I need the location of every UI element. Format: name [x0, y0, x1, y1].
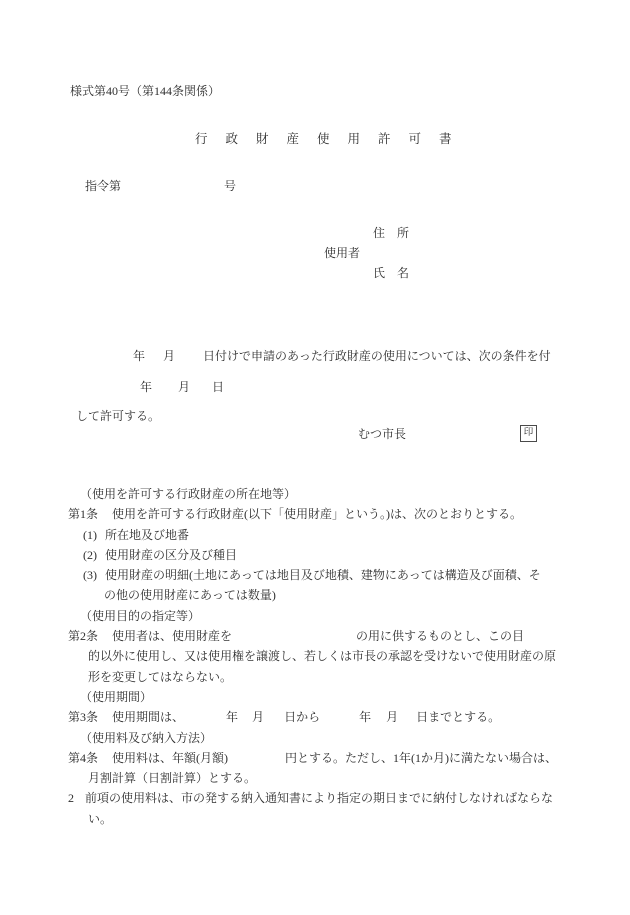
text-segment: 月 — [252, 710, 264, 724]
text-segment: 日までとする。 — [416, 710, 500, 724]
text-segment: 日 — [212, 380, 224, 394]
document-line: （使用を許可する行政財産の所在地等） — [0, 484, 630, 504]
document-line: (1)所在地及び地番 — [0, 525, 630, 545]
blank-space — [98, 639, 112, 640]
applicant-label: 使用者 — [324, 246, 360, 260]
text-segment: （使用目的の指定等） — [80, 609, 200, 623]
document-line: 第4条使用料は、年額(月額)円とする。ただし、1年(1か月)に満たない場合は、 — [0, 748, 630, 768]
text-segment: 第1条 — [68, 507, 98, 521]
text-segment: 年 — [359, 710, 371, 724]
text-segment: の他の使用財産にあっては数量) — [104, 588, 276, 602]
text-segment: 前項の使用料は、市の発する納入通知書により指定の期日までに納付しなければならな — [85, 791, 553, 805]
text-segment: 月割計算（日割計算）とする。 — [88, 771, 256, 785]
blank-space — [238, 720, 252, 721]
blank-space — [232, 639, 356, 640]
document-title: 行政財産使用許可書 — [195, 132, 470, 147]
text-segment: 号 — [224, 179, 236, 193]
text-segment: （使用料及び納入方法） — [80, 731, 212, 745]
document-line: 形を変更してはならない。 — [0, 667, 630, 687]
text-segment: 使用財産の区分及び種目 — [105, 548, 237, 562]
text-segment: い。 — [88, 812, 112, 826]
blank-space — [97, 538, 105, 539]
text-segment: 使用期間は、 — [112, 710, 184, 724]
blank-space — [145, 359, 163, 360]
address-label: 住 所 — [373, 226, 409, 240]
text-segment: (1) — [83, 528, 97, 542]
text-segment: 月 — [178, 380, 190, 394]
intro-line-2: して許可する。 — [0, 406, 630, 426]
document-line: の他の使用財産にあっては数量) — [0, 585, 630, 605]
text-segment: (3) — [83, 568, 97, 582]
issue-date-line: 年月日 — [140, 380, 224, 394]
text-segment: 年 — [226, 710, 238, 724]
text-segment: 的以外に使用し、又は使用権を譲渡し、若しくは市長の承認を受けないで使用財産の原 — [88, 649, 556, 663]
text-segment: 年 — [140, 380, 152, 394]
text-segment: 第4条 — [68, 751, 98, 765]
document-line: 第1条使用を許可する行政財産(以下「使用財産」という。)は、次のとおりとする。 — [0, 504, 630, 524]
text-segment: 使用を許可する行政財産(以下「使用財産」という。)は、次のとおりとする。 — [112, 507, 522, 521]
text-segment: 第2条 — [68, 629, 98, 643]
blank-space — [121, 189, 224, 190]
blank-space — [371, 720, 386, 721]
blank-space — [228, 761, 285, 762]
blank-space — [74, 801, 85, 802]
text-segment: 第3条 — [68, 710, 98, 724]
document-line: （使用目的の指定等） — [0, 606, 630, 626]
seal-mark: 印 — [520, 425, 537, 442]
document-line: (2)使用財産の区分及び種目 — [0, 545, 630, 565]
blank-space — [320, 720, 359, 721]
blank-space — [175, 359, 203, 360]
mayor-signature: むつ市長 — [358, 427, 406, 441]
text-segment: (2) — [83, 548, 97, 562]
text-segment: 使用者は、使用財産を — [112, 629, 232, 643]
blank-space — [184, 720, 226, 721]
blank-space — [98, 517, 112, 518]
blank-space — [264, 720, 284, 721]
directive-number-line: 指令第号 — [85, 179, 236, 193]
document-line: 第3条使用期間は、年月日から年月日までとする。 — [0, 707, 630, 727]
document-line: （使用期間） — [0, 687, 630, 707]
text-segment: 所在地及び地番 — [105, 528, 189, 542]
document-line: 2前項の使用料は、市の発する納入通知書により指定の期日までに納付しなければならな — [0, 788, 630, 808]
articles: （使用を許可する行政財産の所在地等）第1条使用を許可する行政財産(以下「使用財産… — [0, 484, 630, 829]
document-line: （使用料及び納入方法） — [0, 728, 630, 748]
text-segment: 形を変更してはならない。 — [88, 670, 232, 684]
text-segment: 2 — [68, 791, 74, 805]
text-segment: 指令第 — [85, 179, 121, 193]
text-segment: 月 — [163, 349, 175, 363]
document-line: 的以外に使用し、又は使用権を譲渡し、若しくは市長の承認を受けないで使用財産の原 — [0, 646, 630, 666]
document-line: 第2条使用者は、使用財産をの用に供するものとし、この目 — [0, 626, 630, 646]
text-segment: （使用期間） — [80, 690, 152, 704]
text-segment: （使用を許可する行政財産の所在地等） — [80, 487, 296, 501]
blank-space — [98, 761, 112, 762]
text-segment: 日付けで申請のあった行政財産の使用については、次の条件を付 — [203, 349, 551, 363]
blank-space — [398, 720, 416, 721]
text-segment: の用に供するものとし、この目 — [356, 629, 524, 643]
text-segment: 円とする。ただし、1年(1か月)に満たない場合は、 — [285, 751, 557, 765]
document-line: (3)使用財産の明細(土地にあっては地目及び地積、建物にあっては構造及び面積、そ — [0, 565, 630, 585]
document-line: 月割計算（日割計算）とする。 — [0, 768, 630, 788]
blank-space — [190, 390, 212, 391]
text-segment: 月 — [386, 710, 398, 724]
name-label: 氏 名 — [373, 266, 409, 280]
form-number: 様式第40号（第144条関係） — [70, 84, 220, 98]
text-segment: 年 — [133, 349, 145, 363]
blank-space — [97, 578, 105, 579]
text-segment: 使用財産の明細(土地にあっては地目及び地積、建物にあっては構造及び面積、そ — [105, 568, 541, 582]
blank-space — [98, 720, 112, 721]
blank-space — [152, 390, 178, 391]
blank-space — [97, 558, 105, 559]
text-segment: 日から — [284, 710, 320, 724]
document-line: い。 — [0, 809, 630, 829]
text-segment: 使用料は、年額(月額) — [112, 751, 228, 765]
document-page: { "form_number": "様式第40号（第144条関係）", "tit… — [0, 0, 630, 915]
intro-line-1: 年月日付けで申請のあった行政財産の使用については、次の条件を付 — [0, 346, 630, 366]
